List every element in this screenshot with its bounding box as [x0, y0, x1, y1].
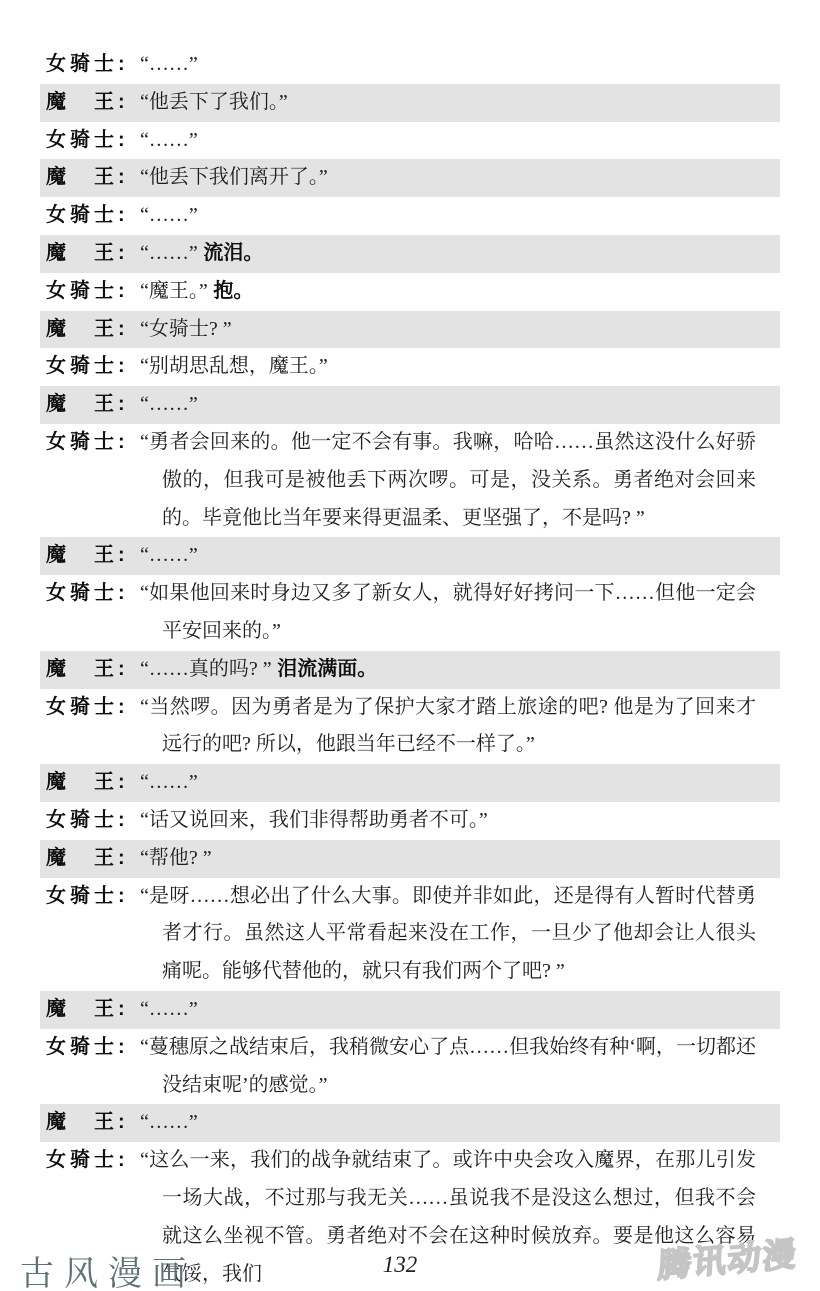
speaker-label: 魔 王:: [46, 651, 132, 689]
speaker-label: 女骑士:: [46, 46, 132, 84]
dialogue-text: “他丢下我们离开了。”: [140, 159, 756, 197]
speaker-label: 魔 王:: [46, 235, 132, 273]
speaker-label: 魔 王:: [46, 764, 132, 802]
dialogue-text: “蔓穗原之战结束后，我稍微安心了点……但我始终有种‘啊，一切都还没结束呢’的感觉…: [140, 1029, 756, 1105]
speaker-label: 女骑士:: [46, 197, 132, 235]
speaker-label: 女骑士:: [46, 1142, 132, 1180]
speaker-label: 女骑士:: [46, 424, 132, 462]
dialogue-quote: “如果他回来时身边又多了新女人，就得好好拷问一下……但他一定会平安回来的。”: [140, 582, 756, 642]
dialogue-quote: “……”: [140, 998, 198, 1020]
dialogue-quote: “……真的吗? ”: [140, 658, 272, 680]
dialogue-text: “帮他? ”: [140, 840, 756, 878]
dialogue-quote: “女骑士? ”: [140, 318, 232, 340]
dialogue-quote: “蔓穗原之战结束后，我稍微安心了点……但我始终有种‘啊，一切都还没结束呢’的感觉…: [140, 1036, 756, 1096]
speaker-label: 女骑士:: [46, 575, 132, 613]
speaker-label: 女骑士:: [46, 802, 132, 840]
dialogue-text: “……”: [140, 764, 756, 802]
action-text: 泪流满面。: [272, 658, 378, 680]
speaker-label: 女骑士:: [46, 1029, 132, 1067]
dialogue-quote: “他丢下了我们。”: [140, 91, 288, 113]
dialogue-text: “……” 流泪。: [140, 235, 756, 273]
speaker-label: 魔 王:: [46, 386, 132, 424]
dialogue-quote: “……”: [140, 242, 198, 264]
dialogue-row: 女骑士: “勇者会回来的。他一定不会有事。我嘛，哈哈……虽然这没什么好骄傲的，但…: [40, 424, 780, 537]
dialogue-row: 魔 王: “……” 流泪。: [40, 235, 780, 273]
dialogue-text: “……”: [140, 537, 756, 575]
speaker-label: 女骑士:: [46, 122, 132, 160]
dialogue-text: “……”: [140, 1104, 756, 1142]
speaker-label: 魔 王:: [46, 159, 132, 197]
dialogue-text: “别胡思乱想，魔王。”: [140, 348, 756, 386]
dialogue-quote: “当然啰。因为勇者是为了保护大家才踏上旅途的吧? 他是为了回来才远行的吧? 所以…: [140, 696, 756, 756]
dialogue-row: 魔 王: “他丢下了我们。”: [40, 84, 780, 122]
speaker-label: 女骑士:: [46, 878, 132, 916]
dialogue-text: “……真的吗? ” 泪流满面。: [140, 651, 756, 689]
dialogue-text: “女骑士? ”: [140, 311, 756, 349]
dialogue-quote: “……”: [140, 1111, 198, 1133]
dialogue-row: 女骑士: “蔓穗原之战结束后，我稍微安心了点……但我始终有种‘啊，一切都还没结束…: [40, 1029, 780, 1105]
dialogue-text: “魔王。” 抱。: [140, 273, 756, 311]
dialogue-quote: “他丢下我们离开了。”: [140, 166, 328, 188]
dialogue-quote: “帮他? ”: [140, 847, 212, 869]
dialogue-row: 魔 王: “帮他? ”: [40, 840, 780, 878]
speaker-label: 魔 王:: [46, 1104, 132, 1142]
dialogue-row: 魔 王: “……真的吗? ” 泪流满面。: [40, 651, 780, 689]
speaker-label: 魔 王:: [46, 991, 132, 1029]
dialogue-quote: “……”: [140, 204, 198, 226]
dialogue-quote: “别胡思乱想，魔王。”: [140, 355, 328, 377]
dialogue-quote: “……”: [140, 53, 198, 75]
dialogue-row: 女骑士: “如果他回来时身边又多了新女人，就得好好拷问一下……但他一定会平安回来…: [40, 575, 780, 651]
dialogue-row: 女骑士: “是呀……想必出了什么大事。即使并非如此，还是得有人暂时代替勇者才行。…: [40, 878, 780, 991]
dialogue-row: 魔 王: “……”: [40, 1104, 780, 1142]
dialogue-row: 女骑士: “魔王。” 抱。: [40, 273, 780, 311]
dialogue-row: 女骑士: “……”: [40, 122, 780, 160]
dialogue-text: “……”: [140, 197, 756, 235]
dialogue-text: “是呀……想必出了什么大事。即使并非如此，还是得有人暂时代替勇者才行。虽然这人平…: [140, 878, 756, 991]
dialogue-quote: “……”: [140, 771, 198, 793]
dialogue-row: 魔 王: “……”: [40, 991, 780, 1029]
dialogue-quote: “……”: [140, 544, 198, 566]
dialogue-row: 魔 王: “……”: [40, 764, 780, 802]
dialogue-row: 女骑士: “当然啰。因为勇者是为了保护大家才踏上旅途的吧? 他是为了回来才远行的…: [40, 689, 780, 765]
dialogue-quote: “……”: [140, 129, 198, 151]
dialogue-text: “……”: [140, 386, 756, 424]
action-text: 流泪。: [198, 242, 264, 264]
dialogue-text: “如果他回来时身边又多了新女人，就得好好拷问一下……但他一定会平安回来的。”: [140, 575, 756, 651]
dialogue-quote: “话又说回来，我们非得帮助勇者不可。”: [140, 809, 488, 831]
dialogue-text: “……”: [140, 122, 756, 160]
dialogue-row: 魔 王: “……”: [40, 537, 780, 575]
dialogue-row: 女骑士: “话又说回来，我们非得帮助勇者不可。”: [40, 802, 780, 840]
action-text: 抱。: [208, 280, 254, 302]
novel-script-page: 女骑士: “……” 魔 王: “他丢下了我们。” 女骑士: “……” 魔 王: …: [0, 0, 820, 1291]
dialogue-row: 魔 王: “女骑士? ”: [40, 311, 780, 349]
speaker-label: 女骑士:: [46, 273, 132, 311]
speaker-label: 女骑士:: [46, 689, 132, 727]
dialogue-quote: “……”: [140, 393, 198, 415]
dialogue-row: 女骑士: “别胡思乱想，魔王。”: [40, 348, 780, 386]
dialogue-quote: “魔王。”: [140, 280, 208, 302]
speaker-label: 魔 王:: [46, 537, 132, 575]
dialogue-list: 女骑士: “……” 魔 王: “他丢下了我们。” 女骑士: “……” 魔 王: …: [0, 0, 820, 1291]
dialogue-text: “勇者会回来的。他一定不会有事。我嘛，哈哈……虽然这没什么好骄傲的，但我可是被他…: [140, 424, 756, 537]
dialogue-row: 魔 王: “他丢下我们离开了。”: [40, 159, 780, 197]
speaker-label: 魔 王:: [46, 840, 132, 878]
dialogue-quote: “勇者会回来的。他一定不会有事。我嘛，哈哈……虽然这没什么好骄傲的，但我可是被他…: [140, 431, 756, 529]
dialogue-text: “……”: [140, 991, 756, 1029]
dialogue-text: “他丢下了我们。”: [140, 84, 756, 122]
speaker-label: 女骑士:: [46, 348, 132, 386]
dialogue-row: 女骑士: “……”: [40, 197, 780, 235]
dialogue-text: “话又说回来，我们非得帮助勇者不可。”: [140, 802, 756, 840]
dialogue-row: 魔 王: “……”: [40, 386, 780, 424]
speaker-label: 魔 王:: [46, 311, 132, 349]
dialogue-text: “当然啰。因为勇者是为了保护大家才踏上旅途的吧? 他是为了回来才远行的吧? 所以…: [140, 689, 756, 765]
dialogue-text: “……”: [140, 46, 756, 84]
speaker-label: 魔 王:: [46, 84, 132, 122]
dialogue-row: 女骑士: “……”: [40, 46, 780, 84]
dialogue-quote: “是呀……想必出了什么大事。即使并非如此，还是得有人暂时代替勇者才行。虽然这人平…: [140, 885, 756, 983]
